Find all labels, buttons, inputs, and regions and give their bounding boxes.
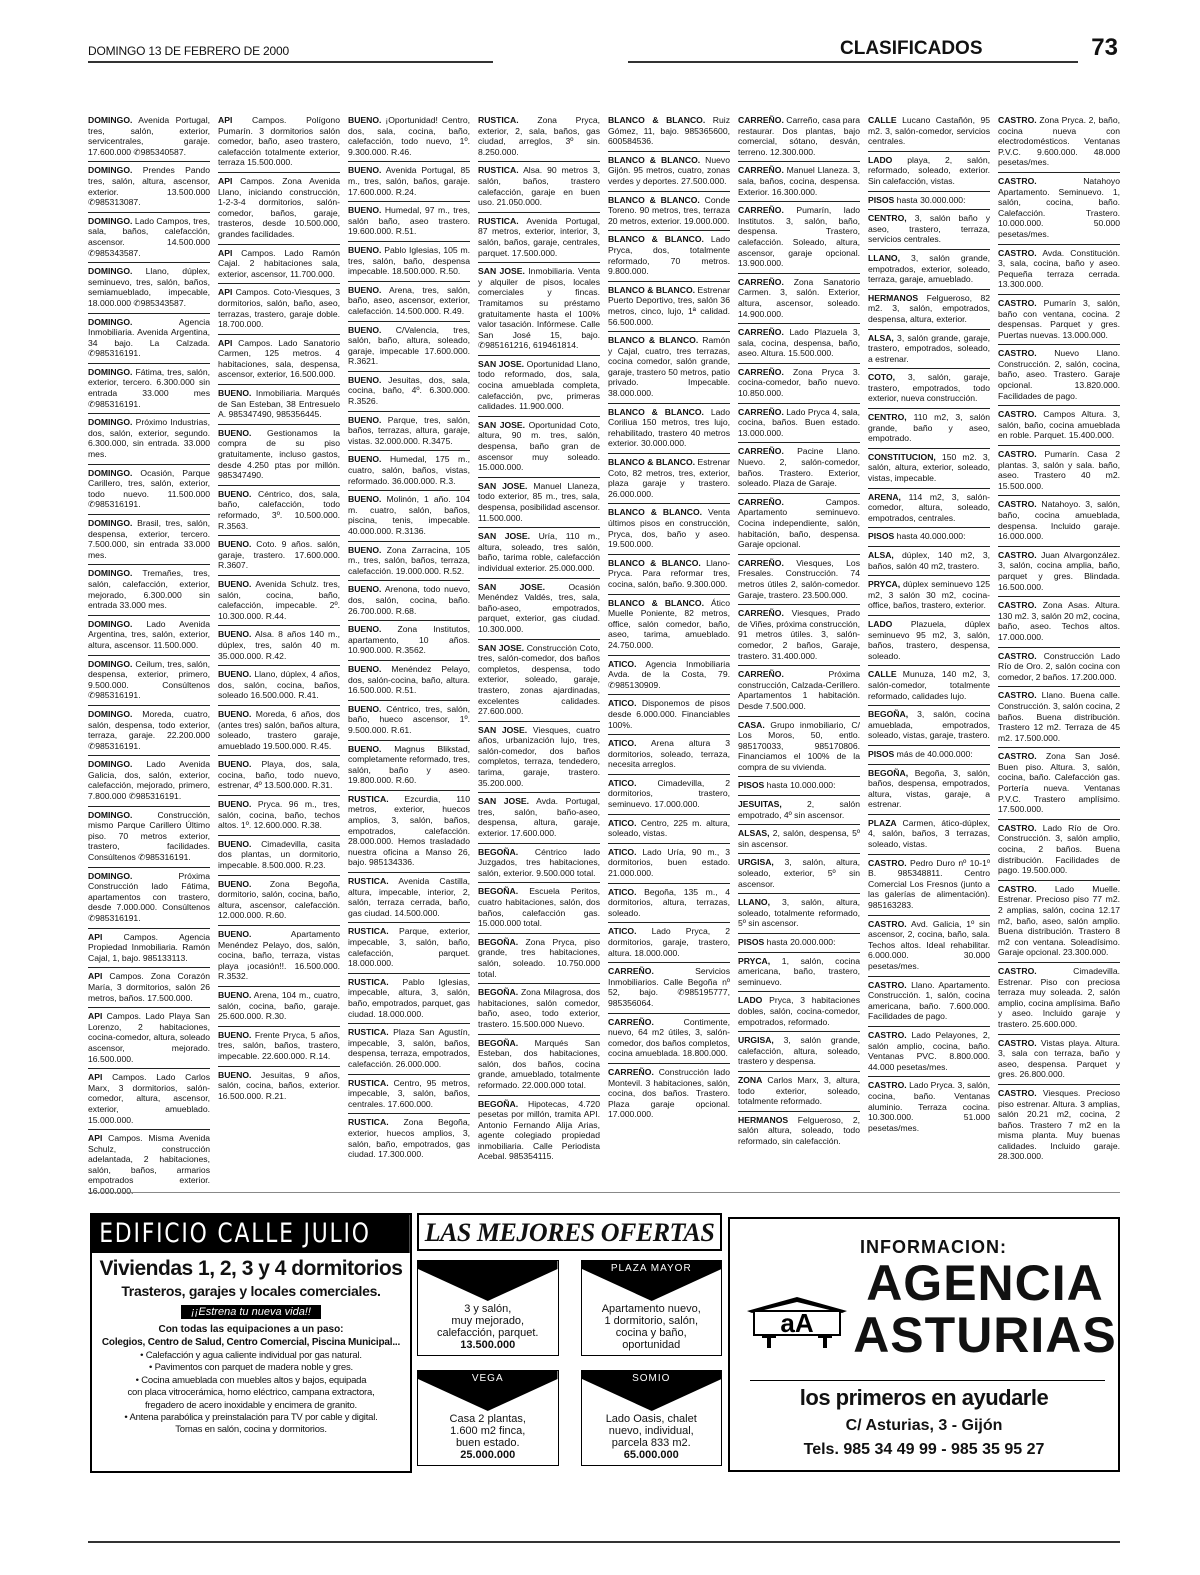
ad-keyword: PISOS [738, 780, 764, 790]
offer-body: 3 y salón,muy mejorado,calefacción, parq… [418, 1303, 558, 1351]
ad-keyword: CARREÑO. [738, 407, 784, 417]
classified-ad: CARREÑO. Carreño, casa para restaurar. D… [738, 112, 860, 162]
ad-agencia-phones: Tels. 985 34 49 99 - 985 35 95 27 [730, 1441, 1118, 1459]
ad-keyword: BEGOÑA. [478, 886, 518, 896]
classified-column: RUSTICA. Zona Pryca, exterior, 2, sala, … [478, 112, 600, 1187]
classified-ad: BUENO. Jesuitas, dos, sala, cocina, baño… [348, 372, 470, 412]
ad-keyword: CARREÑO. [738, 277, 784, 287]
ad-keyword: BUENO. [348, 165, 381, 175]
ad-keyword: BUENO. [218, 428, 251, 438]
offer-line: oportunidad [582, 1339, 722, 1351]
ad-keyword: BUENO. [348, 494, 381, 504]
svg-text:aA: aA [780, 1308, 813, 1338]
ad-keyword: SAN JOSE. [478, 481, 527, 491]
classified-ad: BUENO. Magnus Blikstad, completamente re… [348, 741, 470, 791]
ad-text: más de 40.000.000: [894, 749, 972, 759]
classified-ad: BUENO. Frente Pryca, 5 años, tres, salón… [218, 1027, 340, 1067]
ad-keyword: CASTRO. [868, 1080, 907, 1090]
classified-ad: CASTRO. Juan Alvargonzález. 3, salón, co… [998, 547, 1120, 597]
offer-line: Casa 2 plantas, [418, 1413, 558, 1425]
ad-edificio-calle-julio: EDIFICIO CALLE JULIO Viviendas 1, 2, 3 y… [90, 1213, 412, 1473]
ad-keyword: BUENO. [218, 539, 251, 549]
classified-column: DOMINGO. Avenida Portugal, tres, salón, … [88, 112, 210, 1187]
classified-column: CARREÑO. Carreño, casa para restaurar. D… [738, 112, 860, 1187]
classified-ad: RUSTICA. Zona Begoña, exterior, huecos a… [348, 1114, 470, 1163]
ad-edificio-places: Colegios, Centro de Salud, Centro Comerc… [92, 1337, 410, 1348]
ad-keyword: BLANCO & BLANCO. [608, 407, 704, 417]
classified-ad: BEGOÑA. Zona Pryca, piso grande, tres ha… [478, 934, 600, 984]
ad-keyword: COTO, [868, 372, 895, 382]
ad-keyword: CASTRO. [998, 176, 1037, 186]
classified-ad: LLANO, 3, salón grande, empotrados, exte… [868, 250, 990, 290]
ad-keyword: CARREÑO. [738, 367, 784, 377]
classified-ad: CASTRO. Lado Pryca. 3, salón, cocina, ba… [868, 1077, 990, 1137]
classified-ad: RUSTICA. Avenida Castilla, altura, impec… [348, 873, 470, 923]
ad-text: hasta 30.000.000: [894, 195, 965, 205]
ad-keyword: CENTRO, [868, 213, 907, 223]
classified-ad: CASTRO. Vistas playa. Altura. 3, sala co… [998, 1035, 1120, 1085]
ad-keyword: BUENO. [218, 1030, 251, 1040]
ad-text: Campos. Polígono Pumarín. 3 dormitorios … [218, 115, 340, 167]
classified-ad: PLAZA Carmen, ático-dúplex, 4, salón, ba… [868, 815, 990, 855]
offer-body: Casa 2 plantas,1.600 m2 finca,buen estad… [418, 1413, 558, 1461]
ad-keyword: ATICO. [608, 847, 636, 857]
classified-ad: BUENO. Menéndez Pelayo, dos, salón-cocin… [348, 661, 470, 701]
classified-ad: DOMINGO. Próximo Industrias, dos, salón,… [88, 414, 210, 464]
classified-ad: BEGOÑA. Céntrico lado Juzgados, tres hab… [478, 844, 600, 884]
classified-column: API Campos. Polígono Pumarín. 3 dormitor… [218, 112, 340, 1187]
classified-ad: URGISA, 3, salón, altura, soleado, exter… [738, 854, 860, 894]
ad-keyword: ATICO. [608, 887, 636, 897]
classified-ad: CASTRO. Cimadevilla. Estrenar. Piso con … [998, 963, 1120, 1035]
ad-keyword: ARENA, [868, 492, 901, 502]
classified-ad: LLANO, 3, salón, altura, soleado, totalm… [738, 894, 860, 934]
ad-keyword: CASTRO. [998, 409, 1037, 419]
ad-keyword: API [88, 1072, 102, 1082]
ad-keyword: CARREÑO. [738, 205, 784, 215]
classified-ad: BUENO. C/Valencia, tres, salón, baño, al… [348, 322, 470, 372]
classified-columns: DOMINGO. Avenida Portugal, tres, salón, … [88, 112, 1120, 1187]
classified-ad: SAN JOSE. Uría, 110 m., altura, soleado,… [478, 528, 600, 578]
ad-text: Campos. Misma Avenida Schulz, construcci… [88, 1133, 210, 1196]
offer-box: VEGACasa 2 plantas,1.600 m2 finca,buen e… [417, 1370, 559, 1466]
classified-ad: CARREÑO. Contimente, nuevo, 64 m2 útiles… [608, 1014, 730, 1064]
ad-keyword: SAN JOSE. [478, 359, 524, 369]
classified-ad: BUENO. Céntrico, tres, salón, baño, huec… [348, 701, 470, 741]
ad-keyword: CASTRO. [998, 298, 1037, 308]
ad-keyword: BUENO. [218, 990, 251, 1000]
classified-ad: BUENO. Inmobiliaria. Marqués de San Este… [218, 385, 340, 425]
classified-ad: ATICO. Lado Pryca, 2 dormitorios, garaje… [608, 923, 730, 963]
ad-keyword: RUSTICA. [348, 794, 389, 804]
classified-ad: BUENO. Gestionamos la compra de su piso … [218, 425, 340, 486]
classified-ad: PRYCA, dúplex seminuevo 125 m2, 3 salón … [868, 576, 990, 616]
classified-ad: BUENO. Zona Institutos, apartamento, 10 … [348, 621, 470, 661]
ad-keyword: BUENO. [348, 545, 381, 555]
ad-keyword: CASTRO. [998, 499, 1037, 509]
ad-text: hasta 10.000.000: [764, 780, 835, 790]
ad-keyword: DOMINGO. [88, 619, 132, 629]
ad-keyword: BUENO. [348, 205, 381, 215]
ad-keyword: DOMINGO. [88, 317, 132, 327]
classified-ad: BLANCO & BLANCO. Nuevo Gijón. 95 metros,… [608, 152, 730, 192]
classified-ad: LADO Plazuela, dúplex seminuevo 95 m2, 3… [868, 616, 990, 666]
ad-keyword: BUENO. [348, 285, 381, 295]
classified-ad: CARREÑO. Lado Pryca 4, sala, cocina, bañ… [738, 404, 860, 444]
classified-ad: API Campos. Polígono Pumarín. 3 dormitor… [218, 112, 340, 173]
ad-keyword: CARREÑO. [738, 558, 784, 568]
ad-keyword: CASTRO. [868, 919, 907, 929]
classified-ad: SAN JOSE. Manuel Llaneza, todo exterior,… [478, 478, 600, 528]
classified-ad: BLANCO & BLANCO. Llano-Pryca. Para refor… [608, 555, 730, 595]
ad-keyword: BLANCO & BLANCO. [608, 155, 700, 165]
classified-ad: ZONA Carlos Marx, 3, altura, todo exteri… [738, 1072, 860, 1112]
classified-ad: RUSTICA. Plaza San Agustín, impecable, 3… [348, 1024, 470, 1074]
ad-keyword: API [218, 338, 232, 348]
classified-ad: RUSTICA. Parque, exterior, impecable, 3,… [348, 923, 470, 973]
classified-ad: DOMINGO. Moreda, cuatro, salón, despensa… [88, 706, 210, 756]
classified-column: BLANCO & BLANCO. Ruiz Gómez, 11, bajo. 9… [608, 112, 730, 1187]
classified-ad: CASTRO. Pumarín. Casa 2 plantas. 3, saló… [998, 446, 1120, 496]
classified-ad: CASTRO. Viesques. Precioso piso estrenar… [998, 1085, 1120, 1166]
classified-ad: CASTRO. Lado Pelayones, 2, salón amplio,… [868, 1027, 990, 1077]
ad-keyword: CONSTITUCION, [868, 452, 936, 462]
offer-body: Lado Oasis, chaletnuevo, individual,parc… [582, 1413, 722, 1461]
ad-keyword: CARREÑO. [608, 966, 654, 976]
classified-ad: BLANCO & BLANCO. Estrenar Puerto Deporti… [608, 282, 730, 332]
ad-keyword: CARREÑO. [738, 497, 784, 507]
classified-ad: COTO, 3, salón, garaje, trastero, empotr… [868, 369, 990, 409]
classified-ad: CENTRO, 3, salón baño y aseo, trastero, … [868, 210, 990, 250]
offer-line: muy mejorado, [418, 1315, 558, 1327]
ad-ofertas-title: LAS MEJORES OFERTAS [417, 1213, 722, 1251]
classified-ad: API Campos. Lado Sanatorio Carmen, 125 m… [218, 335, 340, 385]
ad-keyword: BUENO. [348, 704, 381, 714]
ad-keyword: CASA. [738, 720, 765, 730]
ad-keyword: RUSTICA. [348, 977, 389, 987]
classified-ad: CARREÑO. Campos. Apartamento seminuevo. … [738, 494, 860, 555]
offers-grid: 3 y salón,muy mejorado,calefacción, parq… [417, 1260, 722, 1466]
ad-keyword: PRYCA, [868, 579, 900, 589]
classified-ad: RUSTICA. Centro, 95 metros, impecable, 3… [348, 1075, 470, 1115]
ad-keyword: URGISA, [738, 857, 774, 867]
classified-ad: API Campos. Lado Ramón Cajal. 2 habitaci… [218, 245, 340, 285]
classified-ad: CARREÑO. Manuel Llaneza. 3, sala, baños,… [738, 162, 860, 202]
ad-keyword: SAN JOSE. [478, 531, 530, 541]
classified-ad: CASTRO. Lado Río de Oro. Construcción. 3… [998, 820, 1120, 881]
ad-keyword: ATICO. [608, 778, 636, 788]
ad-keyword: CASTRO. [868, 858, 907, 868]
ad-keyword: ATICO. [608, 659, 636, 669]
classified-ad: API Campos. Coto-Viesques, 3 dormitorios… [218, 284, 340, 334]
ad-keyword: BEGOÑA. [478, 847, 518, 857]
ad-keyword: CASTRO. [998, 1088, 1037, 1098]
ad-keyword: CALLE [868, 115, 897, 125]
ad-keyword: ATICO. [608, 926, 636, 936]
classified-ad: DOMINGO. Ceilum, tres, salón, despensa, … [88, 656, 210, 706]
ad-keyword: BUENO. [348, 624, 381, 634]
feature-line: • Antena parabólica y preinstalación par… [92, 1412, 410, 1424]
classified-ad: DOMINGO. Lado Campos, tres, sala, baños,… [88, 213, 210, 263]
ad-keyword: CASTRO. [998, 966, 1037, 976]
ad-keyword: RUSTICA. [348, 876, 389, 886]
classified-ad: CASTRO. Construcción Lado Río de Oro. 2,… [998, 648, 1120, 688]
ad-text: Campos. Zona Corazón María, 3 dormitorio… [88, 971, 210, 1002]
classified-ad: CARREÑO. Viesques, Prado de Viñes, próxi… [738, 605, 860, 666]
ad-keyword: HERMANOS [868, 293, 918, 303]
ad-keyword: DOMINGO. [88, 871, 132, 881]
classified-column: CALLE Lucano Castañón, 95 m2. 3, salón-c… [868, 112, 990, 1187]
classified-ad: API Campos. Misma Avenida Schulz, constr… [88, 1130, 210, 1201]
ad-edificio-headline: Viviendas 1, 2, 3 y 4 dormitorios [92, 1257, 410, 1281]
classified-ad: BLANCO & BLANCO. Conde Toreno. 90 metros… [608, 192, 730, 232]
ad-keyword: CASTRO. [998, 1038, 1037, 1048]
ad-keyword: CARREÑO. [738, 446, 784, 456]
ad-keyword: LLANO, [868, 253, 900, 263]
classified-ad: CALLE Munuza, 140 m2, 3, salón-comedor, … [868, 666, 990, 706]
ad-edificio-features: • Calefacción y agua caliente individual… [92, 1350, 410, 1437]
ad-keyword: BUENO. [218, 1070, 251, 1080]
feature-line: • Cocina amueblada con muebles altos y b… [92, 1375, 410, 1387]
offer-box: PLAZA MAYORApartamento nuevo,1 dormitori… [581, 1260, 723, 1356]
ad-keyword: BEGOÑA. [478, 1099, 518, 1109]
ad-keyword: JESUITAS, [738, 799, 782, 809]
classified-ad: BUENO. Zona Begoña, dormitorio, salón, c… [218, 876, 340, 926]
feature-line: • Pavimentos con parquet de madera noble… [92, 1362, 410, 1374]
header-rule-left [88, 61, 493, 63]
feature-line: fregadero de acero inoxidable y encimera… [92, 1400, 410, 1412]
classified-ad: BUENO. Zona Zarracina, 105 m., tres, sal… [348, 542, 470, 582]
ad-keyword: BEGOÑA, [868, 768, 908, 778]
classified-ad: RUSTICA. Pablo Iglesias, impecable, altu… [348, 974, 470, 1024]
ad-keyword: BLANCO & BLANCO. [608, 285, 695, 295]
ad-keyword: BUENO. [218, 489, 251, 499]
classified-ad: SAN JOSE. Viesques, cuatro años, urbaniz… [478, 722, 600, 794]
classified-ad: DOMINGO. Construcción, mismo Parque Cari… [88, 807, 210, 868]
ad-keyword: PRYCA, [738, 956, 770, 966]
ad-keyword: BLANCO & BLANCO. [608, 335, 698, 345]
classified-ad: PISOS hasta 30.000.000: [868, 192, 990, 211]
ad-keyword: BLANCO & BLANCO. [608, 115, 705, 125]
classified-ad: CASTRO. Pedro Duro nº 10-1º B. 985348811… [868, 855, 990, 916]
ad-keyword: DOMINGO. [88, 659, 132, 669]
classified-ad: BUENO. Alsa. 8 años 140 m., dúplex, tres… [218, 626, 340, 666]
ad-keyword: RUSTICA. [478, 165, 519, 175]
classified-ad: ATICO. Centro, 225 m. altura, soleado, v… [608, 815, 730, 844]
ad-text: Campos. Zona Avenida Llano, iniciando co… [218, 176, 340, 239]
ad-keyword: BUENO. [218, 929, 251, 939]
classified-ad: BUENO. Coto. 9 años. salón, garaje, tras… [218, 536, 340, 576]
classified-ad: BUENO. Parque, tres, salón, baños, terra… [348, 412, 470, 452]
classified-ad: BLANCO & BLANCO. Lado Pryca, dos, totalm… [608, 231, 730, 281]
classified-ad: RUSTICA. Alsa. 90 metros 3, salón, baños… [478, 162, 600, 212]
classified-ad: BEGOÑA. Escuela Peritos, cuatro habitaci… [478, 883, 600, 933]
ad-keyword: SAN JOSE. [478, 725, 527, 735]
classified-ad: BUENO. Pablo Iglesias, 105 m. tres, saló… [348, 242, 470, 282]
classified-ad: DOMINGO. Tremañes, tres, salón, calefacc… [88, 565, 210, 615]
ad-keyword: CASTRO. [998, 600, 1037, 610]
agencia-name-line2: ASTURIAS [850, 1309, 1120, 1361]
ad-keyword: BEGOÑA, [868, 709, 908, 719]
classified-ad: RUSTICA. Zona Pryca, exterior, 2, sala, … [478, 112, 600, 162]
ad-text: Campos. Coto-Viesques, 3 dormitorios, sa… [218, 287, 340, 329]
ad-keyword: BUENO. [348, 245, 381, 255]
ad-keyword: RUSTICA. [348, 926, 389, 936]
offer-line: 1.600 m2 finca, [418, 1425, 558, 1437]
classified-ad: API Campos. Agencia Propiedad Inmobiliar… [88, 929, 210, 969]
ad-keyword: SAN JOSE. [478, 796, 529, 806]
ad-keyword: LADO [738, 995, 762, 1005]
classified-ad: CONSTITUCION, 150 m2. 3, salón, altura, … [868, 449, 990, 489]
classified-ad: ATICO. Lado Uría, 90 m., 3 dormitorios, … [608, 844, 730, 884]
ad-keyword: BUENO. [218, 388, 251, 398]
ad-text: Campos. Lado Ramón Cajal. 2 habitaciones… [218, 248, 340, 279]
classified-ad: ALSA, dúplex, 140 m2, 3, baños, salón 40… [868, 547, 990, 576]
classified-ad: BUENO. Llano, dúplex, 4 años, dos, salón… [218, 666, 340, 706]
ad-keyword: DOMINGO. [88, 115, 132, 125]
ad-keyword: BUENO. [348, 744, 381, 754]
ad-keyword: SAN JOSE. [478, 266, 525, 276]
classified-ad: DOMINGO. Lado Avenida Argentina, tres, s… [88, 616, 210, 656]
banner-triangle-icon [418, 1261, 558, 1301]
ad-keyword: BLANCO & BLANCO. [608, 558, 701, 568]
ad-keyword: CASTRO. [998, 823, 1037, 833]
classified-ad: BLANCO & BLANCO. Ático Muelle Poniente, … [608, 595, 730, 656]
ad-keyword: BUENO. [218, 669, 251, 679]
classified-ad: BLANCO & BLANCO. Lado Coriliua 150 metro… [608, 404, 730, 454]
classified-ad: ALSA, 3, salón grande, garaje, trastero,… [868, 330, 990, 370]
classified-ad: DOMINGO. Brasil, tres, salón, despensa, … [88, 515, 210, 565]
classified-ad: CASTRO. Lado Muelle. Estrenar. Precioso … [998, 881, 1120, 963]
ad-keyword: BEGOÑA. [478, 987, 518, 997]
ad-keyword: CARREÑO. [738, 165, 784, 175]
ad-text: Inmobiliaria. Venta y alquiler de pisos,… [478, 266, 600, 350]
ad-keyword: BLANCO & BLANCO. [608, 507, 702, 517]
section-title: CLASIFICADOS [840, 38, 983, 60]
ad-keyword: BUENO. [348, 115, 381, 125]
ad-keyword: BUENO. [218, 759, 251, 769]
classified-ad: BUENO. Pryca. 96 m., tres, salón, cocina… [218, 796, 340, 836]
classified-ad: BUENO. Humedal, 97 m., tres, salón baño,… [348, 202, 470, 242]
ad-keyword: DOMINGO. [88, 165, 132, 175]
classified-ad: SAN JOSE. Oportunidad Coto, altura, 90 m… [478, 417, 600, 478]
classified-ad: CARREÑO. Lado Plazuela 3, sala, cocina, … [738, 324, 860, 364]
ad-keyword: DOMINGO. [88, 468, 132, 478]
ad-keyword: CASTRO. [998, 690, 1037, 700]
ad-text: Campos. Lado Carlos Marx, 3 dormitorios,… [88, 1072, 210, 1124]
ad-keyword: CARREÑO. [738, 669, 784, 679]
feature-line: con placa vitrocerámica, horno eléctrico… [92, 1387, 410, 1399]
page-number: 73 [1091, 34, 1118, 62]
classified-ad: BLANCO & BLANCO. Ramón y Cajal, cuatro, … [608, 332, 730, 404]
ad-keyword: CASTRO. [998, 550, 1037, 560]
classified-ad: LADO Pryca, 3 habitaciones dobles, salón… [738, 992, 860, 1032]
ad-keyword: CENTRO, [868, 412, 907, 422]
classified-ad: CASTRO. Campos Altura. 3, salón, baño, c… [998, 406, 1120, 446]
classified-ad: API Campos. Zona Corazón María, 3 dormit… [88, 968, 210, 1008]
ad-text: Campos. Lado Playa San Lorenzo, 2 habita… [88, 1011, 210, 1063]
ad-keyword: CASTRO. [998, 115, 1037, 125]
classified-ad: CASTRO. Avda. Constitución. 3, sala, coc… [998, 245, 1120, 295]
ad-keyword: API [218, 176, 232, 186]
offer-line: cocina y baño, [582, 1327, 722, 1339]
ad-keyword: DOMINGO. [88, 568, 132, 578]
ad-keyword: CASTRO. [998, 348, 1037, 358]
ad-keyword: URGISA, [738, 1035, 774, 1045]
classified-column: BUENO. ¡Oportunidad! Centro, dos, sala, … [348, 112, 470, 1187]
ad-keyword: BUENO. [218, 629, 251, 639]
ad-keyword: ATICO. [608, 738, 636, 748]
ad-text: Viesques. Precioso piso estrenar. Altura… [998, 1088, 1120, 1162]
ad-keyword: BLANCO & BLANCO. [608, 598, 704, 608]
offer-price: 65.000.000 [582, 1449, 722, 1461]
classified-ad: PISOS hasta 20.000.000: [738, 934, 860, 953]
classified-ad: DOMINGO. Avenida Portugal, tres, salón, … [88, 112, 210, 162]
ad-mejores-ofertas: LAS MEJORES OFERTAS 3 y salón,muy mejora… [417, 1213, 722, 1475]
classified-ad: PISOS hasta 40.000.000: [868, 528, 990, 547]
ad-keyword: SAN JOSE. [478, 582, 545, 592]
ad-keyword: PISOS [738, 937, 764, 947]
classified-ad: CASTRO. Avd. Galicia, 1º sin ascensor, 2… [868, 916, 990, 977]
classified-ad: DOMINGO. Llano, dúplex, seminuevo, tres,… [88, 263, 210, 313]
ad-keyword: CASTRO. [998, 449, 1037, 459]
classified-ad: BUENO. Moreda, 6 años, dos (antes tres) … [218, 706, 340, 756]
classified-ad: SAN JOSE. Ocasión Menéndez Valdés, tres,… [478, 579, 600, 640]
classified-ad: BUENO. Playa, dos, sala, cocina, baño, t… [218, 756, 340, 796]
ad-keyword: PISOS [868, 531, 894, 541]
classified-ad: PISOS más de 40.000.000: [868, 746, 990, 765]
classified-ad: HERMANOS Felgueroso, 2, salón altura, so… [738, 1112, 860, 1151]
ad-keyword: BUENO. [348, 584, 381, 594]
classified-ad: CASTRO. Llano. Buena calle. Construcción… [998, 687, 1120, 748]
ad-keyword: ALSAS, [738, 828, 770, 838]
classified-ad: BEGOÑA. Zona Milagrosa, dos habitaciones… [478, 984, 600, 1034]
classified-ad: HERMANOS Felgueroso, 82 m2. 3, salón, em… [868, 290, 990, 330]
classified-ad: PRYCA, 1, salón, cocina americana, baño,… [738, 953, 860, 993]
classified-ad: CASTRO. Natahoyo. 3, salón, baño, cocina… [998, 496, 1120, 546]
ad-keyword: RUSTICA. [348, 1027, 389, 1037]
ad-keyword: BLANCO & BLANCO. [608, 234, 704, 244]
ad-text: Ezcurdia, 110 metros, exterior, huecos a… [348, 794, 470, 868]
offer-box: 3 y salón,muy mejorado,calefacción, parq… [417, 1260, 559, 1356]
classified-ad: CARREÑO. Próxima construcción, Calzada-C… [738, 666, 860, 716]
page-footer-rule [88, 1541, 1120, 1543]
classified-ad: ALSAS, 2, salón, despensa, 5º sin ascens… [738, 825, 860, 854]
offer-line: parcela 833 m2. [582, 1437, 722, 1449]
classified-ad: CARREÑO. Servicios Inmobiliarios. Calle … [608, 963, 730, 1013]
ad-agencia-name: AGENCIA ASTURIAS [850, 1257, 1120, 1361]
classified-ad: CASTRO. Zona San José. Buen piso. Altura… [998, 748, 1120, 820]
ad-keyword: ATICO. [608, 698, 636, 708]
classified-ad: API Campos. Lado Playa San Lorenzo, 2 ha… [88, 1008, 210, 1069]
classified-ad: BUENO. Céntrico, dos, sala, baño, calefa… [218, 486, 340, 536]
offer-price: 25.000.000 [418, 1449, 558, 1461]
classified-ad: CASTRO. Nuevo Llano. Construcción. 2, sa… [998, 345, 1120, 406]
offer-zone: VEGA [418, 1373, 558, 1384]
ad-keyword: DOMINGO. [88, 759, 132, 769]
classified-ad: PISOS hasta 10.000.000: [738, 777, 860, 796]
classified-ad: SAN JOSE. Avda. Portugal, tres, salón, b… [478, 793, 600, 843]
classified-ad: BUENO. Arena, 104 m., cuatro, salón, coc… [218, 987, 340, 1027]
ad-agencia-address: C/ Asturias, 3 - Gijón [730, 1417, 1118, 1435]
classified-ad: URGISA, 3, salón grande, calefacción, al… [738, 1032, 860, 1072]
classified-ad: CASTRO. Zona Pryca. 2, baño, cocina nuev… [998, 112, 1120, 173]
ad-keyword: ALSA, [868, 333, 894, 343]
columns-bottom-rule [88, 1192, 1120, 1193]
classified-ad: ATICO. Begoña, 135 m., 4 dormitorios, al… [608, 884, 730, 924]
ad-edificio-equipment-intro: Con todas las equipaciones a un paso: [92, 1324, 410, 1335]
page-header: DOMINGO 13 DE FEBRERO DE 2000 CLASIFICAD… [88, 36, 1118, 66]
